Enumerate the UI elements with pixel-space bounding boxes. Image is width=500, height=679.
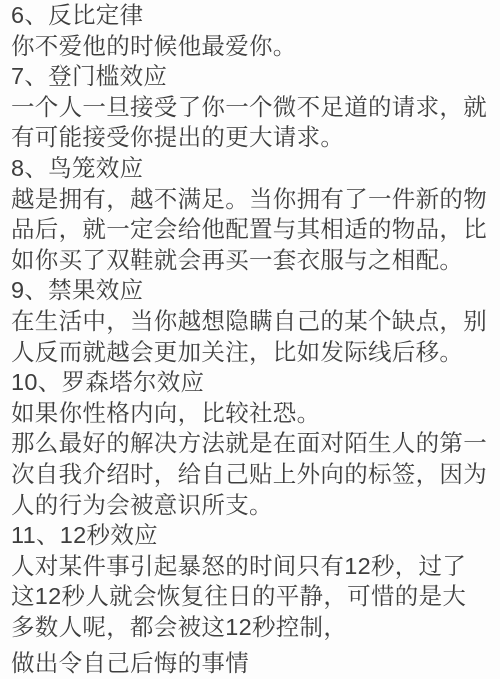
body-line: 如果你性格内向，比较社恐。	[11, 398, 494, 429]
body-line: 品后，就一定会给他配置与其相适的物品，比	[11, 214, 494, 245]
body-line: 人的行为会被意识所支。	[11, 490, 494, 521]
body-line: 有可能接受你提出的更大请求。	[11, 122, 494, 153]
heading-line: 7、登门槛效应	[11, 61, 494, 92]
heading-line: 6、反比定律	[11, 0, 494, 31]
text-content: 6、反比定律 你不爱他的时候他最爱你。 7、登门槛效应 一个人一旦接受了你一个微…	[0, 0, 500, 679]
body-line: 你不爱他的时候他最爱你。	[11, 31, 494, 62]
heading-line: 8、鸟笼效应	[11, 153, 494, 184]
body-line: 那么最好的解决方法就是在面对陌生人的第一	[11, 428, 494, 459]
body-line: 做出令自己后悔的事情	[11, 648, 494, 679]
body-line: 一个人一旦接受了你一个微不足道的请求，就	[11, 92, 494, 123]
body-line: 人反而就越会更加关注，比如发际线后移。	[11, 337, 494, 368]
body-line: 如你买了双鞋就会再买一套衣服与之相配。	[11, 245, 494, 276]
body-line: 多数人呢，都会被这12秒控制，	[11, 612, 494, 643]
body-line: 这12秒人就会恢复往日的平静，可惜的是大	[11, 581, 494, 612]
body-line: 次自我介绍时，给自己贴上外向的标签，因为	[11, 459, 494, 490]
heading-line: 10、罗森塔尔效应	[11, 367, 494, 398]
heading-line: 11、12秒效应	[11, 520, 494, 551]
heading-line: 9、禁果效应	[11, 275, 494, 306]
body-line: 越是拥有，越不满足。当你拥有了一件新的物	[11, 184, 494, 215]
body-line: 在生活中，当你越想隐瞒自己的某个缺点，别	[11, 306, 494, 337]
body-line: 人对某件事引起暴怒的时间只有12秒，过了	[11, 551, 494, 582]
